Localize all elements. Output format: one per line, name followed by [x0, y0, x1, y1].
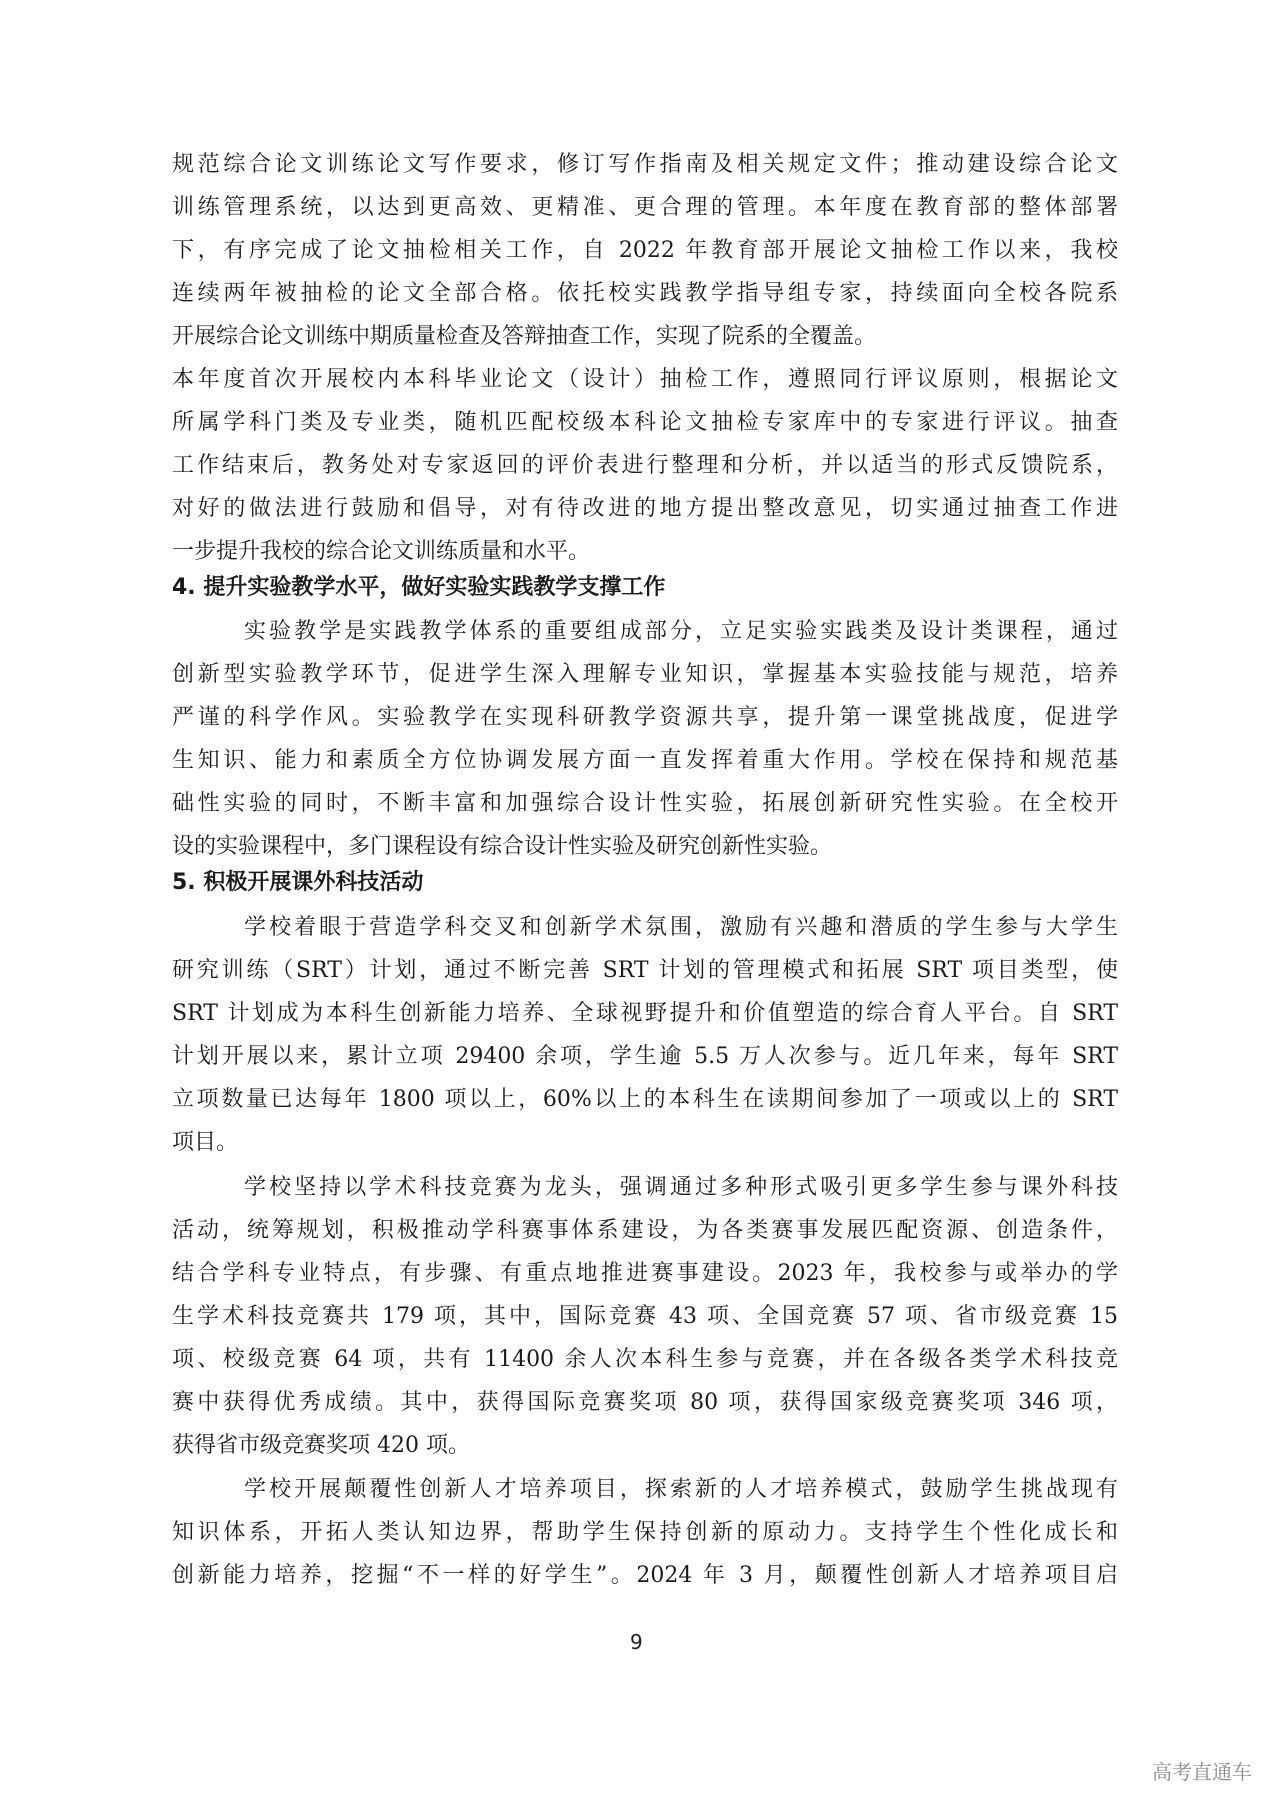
watermark-text: 高考直通车 — [1152, 1756, 1252, 1785]
paragraph-line: 规范综合论文训练论文写作要求，修订写作指南及相关规定文件；推动建设综合论文 — [172, 145, 1118, 185]
paragraph-line: 下，有序完成了论文抽检相关工作，自 2022 年教育部开展论文抽检工作以来，我校 — [172, 231, 1118, 271]
paragraph-line: 一步提升我校的综合论文训练质量和水平。 — [172, 532, 1118, 572]
paragraph-line: 项、校级竞赛 64 项，共有 11400 余人次本科生参与竞赛，并在各级各类学术… — [172, 1340, 1118, 1380]
paragraph-line: 实验教学是实践教学体系的重要组成部分，立足实验实践类及设计类课程，通过 — [244, 612, 1118, 652]
document-page: 规范综合论文训练论文写作要求，修订写作指南及相关规定文件；推动建设综合论文 训练… — [0, 0, 1280, 1810]
paragraph-line: 赛中获得优秀成绩。其中，获得国际竞赛奖项 80 项，获得国家级竞赛奖项 346 … — [172, 1383, 1118, 1423]
paragraph-line: 开展综合论文训练中期质量检查及答辩抽查工作，实现了院系的全覆盖。 — [172, 317, 1118, 357]
paragraph-line: 知识体系，开拓人类认知边界，帮助学生保持创新的原动力。支持学生个性化成长和 — [172, 1513, 1118, 1553]
section-heading-5: 5. 积极开展课外科技活动 — [172, 865, 423, 901]
paragraph-line: 研究训练（SRT）计划，通过不断完善 SRT 计划的管理模式和拓展 SRT 项目… — [172, 951, 1118, 991]
paragraph-line: SRT 计划成为本科生创新能力培养、全球视野提升和价值塑造的综合育人平台。自 S… — [172, 994, 1118, 1034]
paragraph-line: 计划开展以来，累计立项 29400 余项，学生逾 5.5 万人次参与。近几年来，… — [172, 1037, 1118, 1077]
paragraph-line: 生学术科技竞赛共 179 项，其中，国际竞赛 43 项、全国竞赛 57 项、省市… — [172, 1297, 1118, 1337]
section-heading-4: 4. 提升实验教学水平，做好实验实践教学支撑工作 — [172, 570, 665, 606]
paragraph-line: 立项数量已达每年 1800 项以上，60%以上的本科生在读期间参加了一项或以上的… — [172, 1080, 1118, 1120]
paragraph-line: 学校开展颠覆性创新人才培养项目，探索新的人才培养模式，鼓励学生挑战现有 — [244, 1470, 1118, 1510]
paragraph-line: 所属学科门类及专业类，随机匹配校级本科论文抽检专家库中的专家进行评议。抽查 — [172, 403, 1118, 443]
paragraph-line: 生知识、能力和素质全方位协调发展方面一直发挥着重大作用。学校在保持和规范基 — [172, 741, 1118, 781]
paragraph-line: 学校坚持以学术科技竞赛为龙头，强调通过多种形式吸引更多学生参与课外科技 — [244, 1168, 1118, 1208]
paragraph-line: 对好的做法进行鼓励和倡导，对有待改进的地方提出整改意见，切实通过抽查工作进 — [172, 489, 1118, 529]
paragraph-line: 结合学科专业特点，有步骤、有重点地推进赛事建设。2023 年，我校参与或举办的学 — [172, 1254, 1118, 1294]
page-number: 9 — [630, 1630, 643, 1654]
paragraph-line: 创新型实验教学环节，促进学生深入理解专业知识，掌握基本实验技能与规范，培养 — [172, 655, 1118, 695]
paragraph-line: 训练管理系统，以达到更高效、更精准、更合理的管理。本年度在教育部的整体部署 — [172, 188, 1118, 228]
paragraph-line: 获得省市级竞赛奖项 420 项。 — [172, 1426, 1118, 1466]
paragraph-line: 项目。 — [172, 1123, 1118, 1163]
paragraph-line: 活动，统筹规划，积极推动学科赛事体系建设，为各类赛事发展匹配资源、创造条件， — [172, 1211, 1118, 1251]
paragraph-line: 学校着眼于营造学科交叉和创新学术氛围，激励有兴趣和潜质的学生参与大学生 — [244, 908, 1118, 948]
paragraph-line: 创新能力培养，挖掘“不一样的好学生”。2024 年 3 月，颠覆性创新人才培养项… — [172, 1556, 1118, 1596]
paragraph-line: 设的实验课程中，多门课程设有综合设计性实验及研究创新性实验。 — [172, 827, 1118, 867]
paragraph-line: 连续两年被抽检的论文全部合格。依托校实践教学指导组专家，持续面向全校各院系 — [172, 274, 1118, 314]
paragraph-line: 础性实验的同时，不断丰富和加强综合设计性实验，拓展创新研究性实验。在全校开 — [172, 784, 1118, 824]
paragraph-line: 本年度首次开展校内本科毕业论文（设计）抽检工作，遵照同行评议原则，根据论文 — [172, 360, 1118, 400]
paragraph-line: 工作结束后，教务处对专家返回的评价表进行整理和分析，并以适当的形式反馈院系， — [172, 446, 1118, 486]
paragraph-line: 严谨的科学作风。实验教学在实现科研教学资源共享，提升第一课堂挑战度，促进学 — [172, 698, 1118, 738]
